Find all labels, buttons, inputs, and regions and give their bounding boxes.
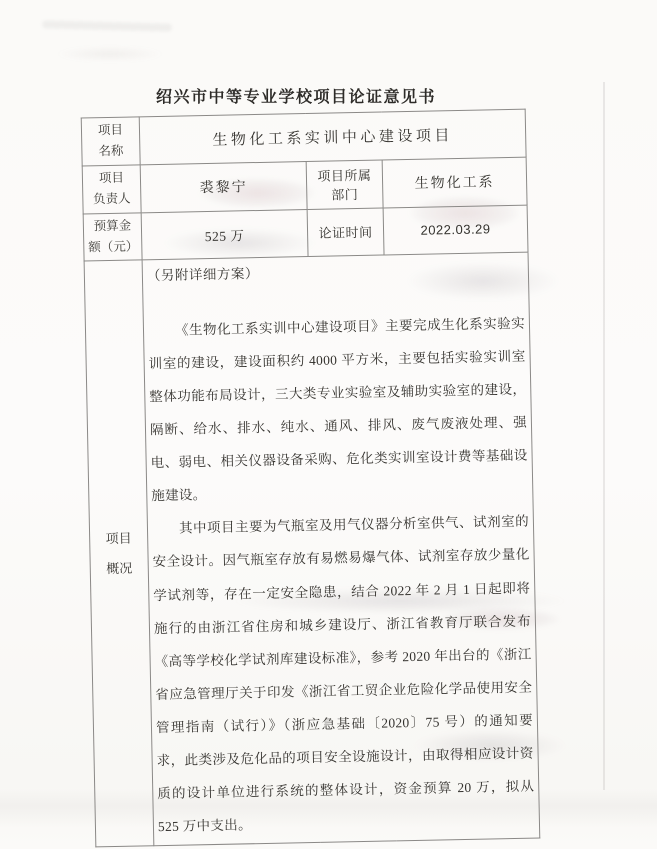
overview-paragraph-2: 其中项目主要为气瓶室及用气仪器分析室供气、试剂室的安全设计。因气瓶室存放有易燃易… xyxy=(152,505,536,843)
label-line: 名称 xyxy=(86,141,135,163)
project-name-value: 生物化工系实训中心建设项目 xyxy=(139,109,526,164)
scan-smudge xyxy=(42,20,172,31)
attachment-note: （另附详细方案） xyxy=(147,257,524,285)
row-project-overview: 项目 概况 （另附详细方案） 《生物化工系实训中心建设项目》主要完成生化系实验实… xyxy=(84,252,540,847)
label-line: 项目 xyxy=(86,119,135,141)
overview-paragraph-1: 《生物化工系实训中心建设项目》主要完成生化系实验实训室的建设，建设面积约 400… xyxy=(148,307,529,513)
label-line: 预算金 xyxy=(88,215,137,237)
project-leader-value: 裘黎宁 xyxy=(140,161,307,212)
budget-value: 525 万 xyxy=(141,209,308,260)
page-edge-shadow xyxy=(603,82,605,790)
project-leader-label: 项目 负责人 xyxy=(82,164,141,213)
label-line: 负责人 xyxy=(87,188,136,210)
project-overview-content: （另附详细方案） 《生物化工系实训中心建设项目》主要完成生化系实验实训室的建设，… xyxy=(142,252,540,846)
label-line: 额（元） xyxy=(88,236,137,258)
project-review-table: 项目 名称 生物化工系实训中心建设项目 项目 负责人 裘黎宁 项目所属部门 生物… xyxy=(81,109,541,848)
department-label: 项目所属部门 xyxy=(306,159,383,209)
budget-label: 预算金 额（元） xyxy=(83,212,142,261)
label-line: 项目 xyxy=(94,523,144,554)
scan-smudge xyxy=(55,46,165,62)
review-date-value: 2022.03.29 xyxy=(383,205,528,255)
label-line: 项目 xyxy=(87,167,136,189)
department-value: 生物化工系 xyxy=(382,157,527,208)
review-date-label: 论证时间 xyxy=(307,207,384,256)
scanned-document-page: 绍兴市中等专业学校项目论证意见书 项目 名称 生物化工系实训中心建设项目 项目 … xyxy=(0,0,657,849)
project-name-label: 项目 名称 xyxy=(81,117,140,166)
document-title: 绍兴市中等专业学校项目论证意见书 xyxy=(66,84,526,107)
label-line: 概况 xyxy=(94,553,144,584)
